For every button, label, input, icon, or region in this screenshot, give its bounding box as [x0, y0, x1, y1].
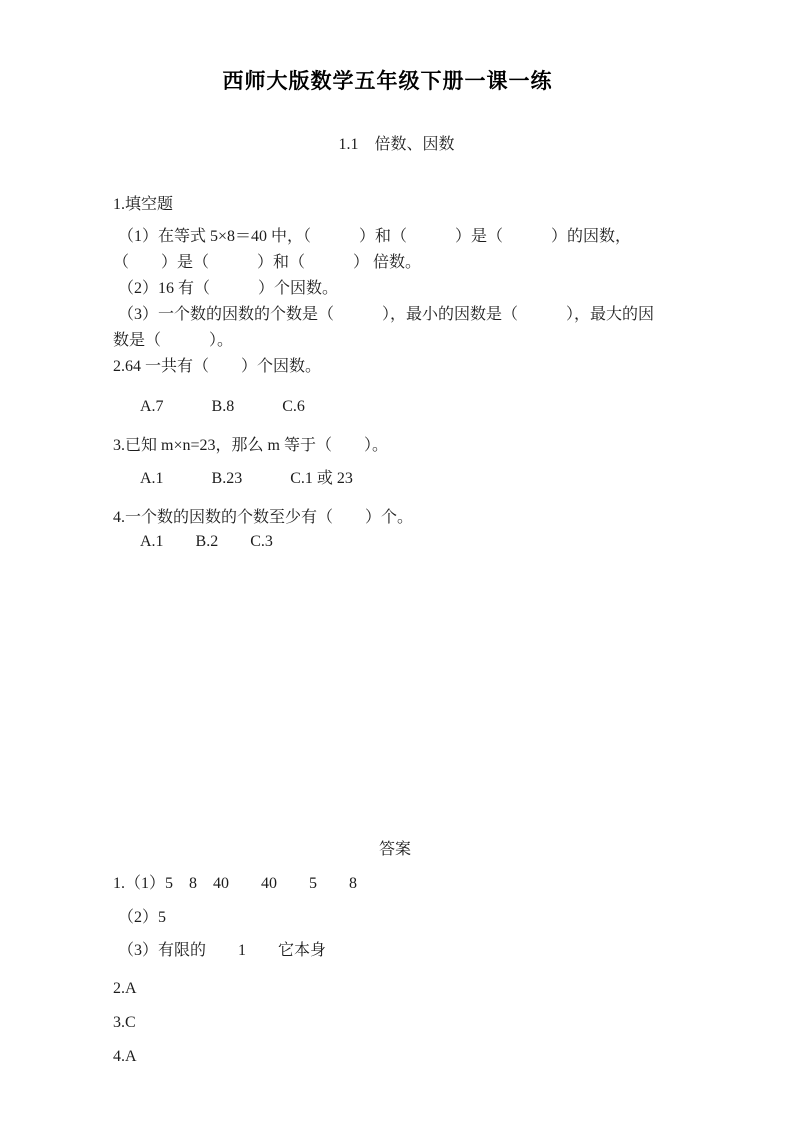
answer-4: 4.A — [113, 1044, 753, 1070]
answers-header: 答案 — [113, 837, 753, 863]
question-2-options: A.7 B.8 C.6 — [113, 394, 753, 420]
questions-section: 1.填空题 （1）在等式 5×8＝40 中，（ ）和（ ）是（ ）的因数， （ … — [0, 192, 793, 555]
question-1-part-3-line-2: 数是（ ）。 — [113, 328, 753, 354]
question-1-part-2: （2）16 有（ ）个因数。 — [113, 276, 753, 302]
question-1-part-3-line-1: （3）一个数的因数的个数是（ ），最小的因数是（ ），最大的因 — [113, 302, 753, 328]
question-2-text: 2.64 一共有（ ）个因数。 — [113, 354, 753, 380]
worksheet-page: 西师大版数学五年级下册一课一练 1.1 倍数、因数 1.填空题 （1）在等式 5… — [0, 0, 793, 1122]
question-1-header: 1.填空题 — [113, 192, 753, 218]
answer-1-part-1: 1.（1）5 8 40 40 5 8 — [113, 871, 753, 897]
question-4-text: 4.一个数的因数的个数至少有（ ）个。 — [113, 505, 753, 531]
question-3-options: A.1 B.23 C.1 或 23 — [113, 466, 753, 492]
question-1-part-1-line-2: （ ）是（ ）和（ ） 倍数。 — [113, 250, 753, 276]
answer-2: 2.A — [113, 976, 753, 1002]
answer-1-part-2: （2）5 — [113, 905, 753, 931]
answer-1-part-3: （3）有限的 1 它本身 — [113, 938, 753, 964]
lesson-subtitle: 1.1 倍数、因数 — [0, 134, 793, 156]
question-1-part-1-line-1: （1）在等式 5×8＝40 中，（ ）和（ ）是（ ）的因数， — [113, 224, 753, 250]
answer-3: 3.C — [113, 1010, 753, 1036]
question-4-options: A.1 B.2 C.3 — [113, 529, 753, 555]
worksheet-title: 西师大版数学五年级下册一课一练 — [0, 66, 793, 98]
answers-section: 答案 1.（1）5 8 40 40 5 8 （2）5 （3）有限的 1 它本身 … — [0, 837, 793, 1070]
question-3-text: 3.已知 m×n=23，那么 m 等于（ ）。 — [113, 433, 753, 459]
